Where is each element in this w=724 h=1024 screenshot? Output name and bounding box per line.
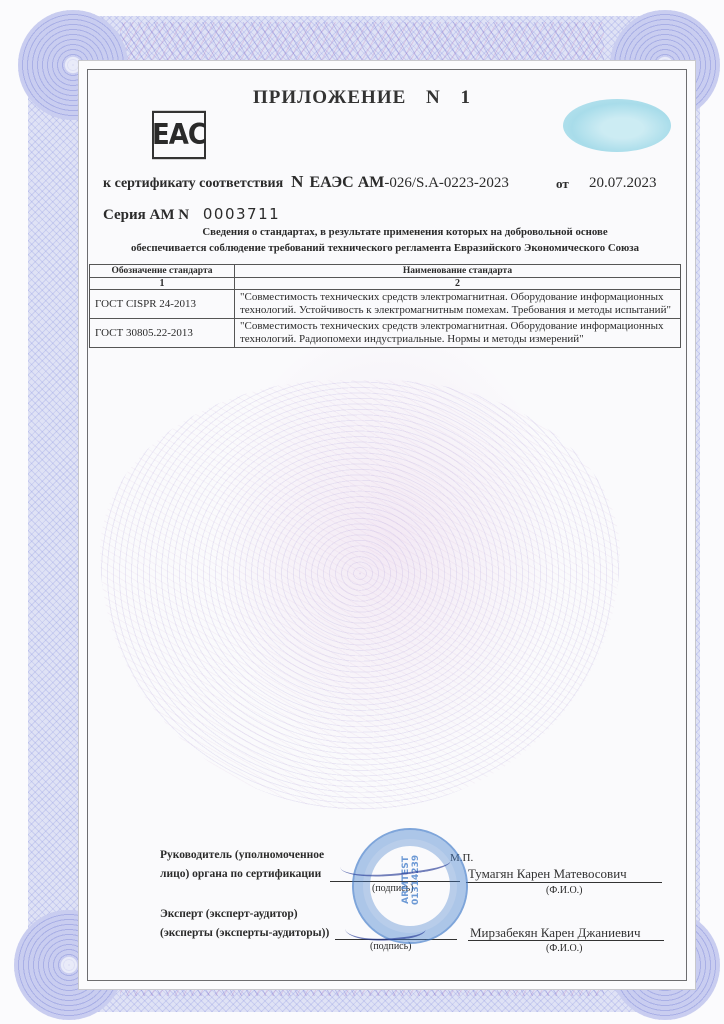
expert-label-line-1: Эксперт (эксперт-аудитор)	[160, 905, 329, 924]
intro-text: Сведения о стандартах, в результате прим…	[95, 224, 675, 256]
table-row: ГОСТ 30805.22-2013 "Совместимость технич…	[90, 319, 681, 348]
table-index-row: 1 2	[90, 278, 681, 290]
head-name-line	[466, 882, 662, 883]
standard-code: ГОСТ CISPR 24-2013	[90, 290, 235, 319]
expert-name: Мирзабекян Карен Джаниевич	[470, 925, 640, 941]
hologram-sticker	[563, 99, 671, 152]
header-name: Наименование стандарта	[235, 265, 681, 278]
standard-name: "Совместимость технических средств элект…	[235, 290, 681, 319]
head-label-line-2: лицо) органа по сертификации	[160, 865, 324, 884]
index-2: 2	[235, 278, 681, 290]
series-label: Серия AM N	[103, 207, 189, 223]
table-row: ГОСТ CISPR 24-2013 "Совместимость технич…	[90, 290, 681, 319]
table-header-row: Обозначение стандарта Наименование станд…	[90, 265, 681, 278]
certificate-date-label: от	[556, 176, 569, 192]
title-text: ПРИЛОЖЕНИЕ	[253, 87, 406, 108]
head-label-line-1: Руководитель (уполномоченное	[160, 846, 324, 865]
certificate-number: -026/S.A-0223-2023	[384, 175, 509, 191]
expert-label-line-2: (эксперты (эксперты-аудиторы))	[160, 924, 329, 943]
certificate-reference: к сертификату соответствияNЕАЭС AM-026/S…	[103, 172, 509, 192]
series: Серия AM N 0003711	[103, 205, 280, 224]
standard-code: ГОСТ 30805.22-2013	[90, 319, 235, 348]
head-signatory-label: Руководитель (уполномоченное лицо) орган…	[160, 846, 324, 884]
certificate-label: к сертификату соответствия	[103, 176, 283, 191]
standards-table: Обозначение стандарта Наименование станд…	[89, 264, 681, 348]
intro-line-1: Сведения о стандартах, в результате прим…	[95, 224, 675, 240]
series-number: 0003711	[203, 205, 280, 223]
certificate-number-sign: N	[291, 172, 303, 191]
header-code: Обозначение стандарта	[90, 265, 235, 278]
expert-name-caption: (Ф.И.О.)	[546, 943, 583, 954]
title-number-prefix: N	[426, 87, 441, 108]
eac-logo-text: EAC	[152, 119, 206, 152]
eac-mark-icon: EAC	[152, 111, 206, 159]
index-1: 1	[90, 278, 235, 290]
certificate-date: 20.07.2023	[589, 175, 657, 192]
expert-signatory-label: Эксперт (эксперт-аудитор) (эксперты (экс…	[160, 905, 329, 943]
standard-name: "Совместимость технических средств элект…	[235, 319, 681, 348]
intro-line-2: обеспечивается соблюдение требований тех…	[95, 240, 675, 256]
title-number: 1	[461, 87, 472, 108]
frame-wave-top	[120, 22, 604, 62]
head-name-caption: (Ф.И.О.)	[546, 885, 583, 896]
certificate-prefix: ЕАЭС AM	[309, 174, 384, 191]
head-name: Тумагян Карен Матевосович	[468, 866, 627, 882]
expert-name-line	[468, 940, 664, 941]
